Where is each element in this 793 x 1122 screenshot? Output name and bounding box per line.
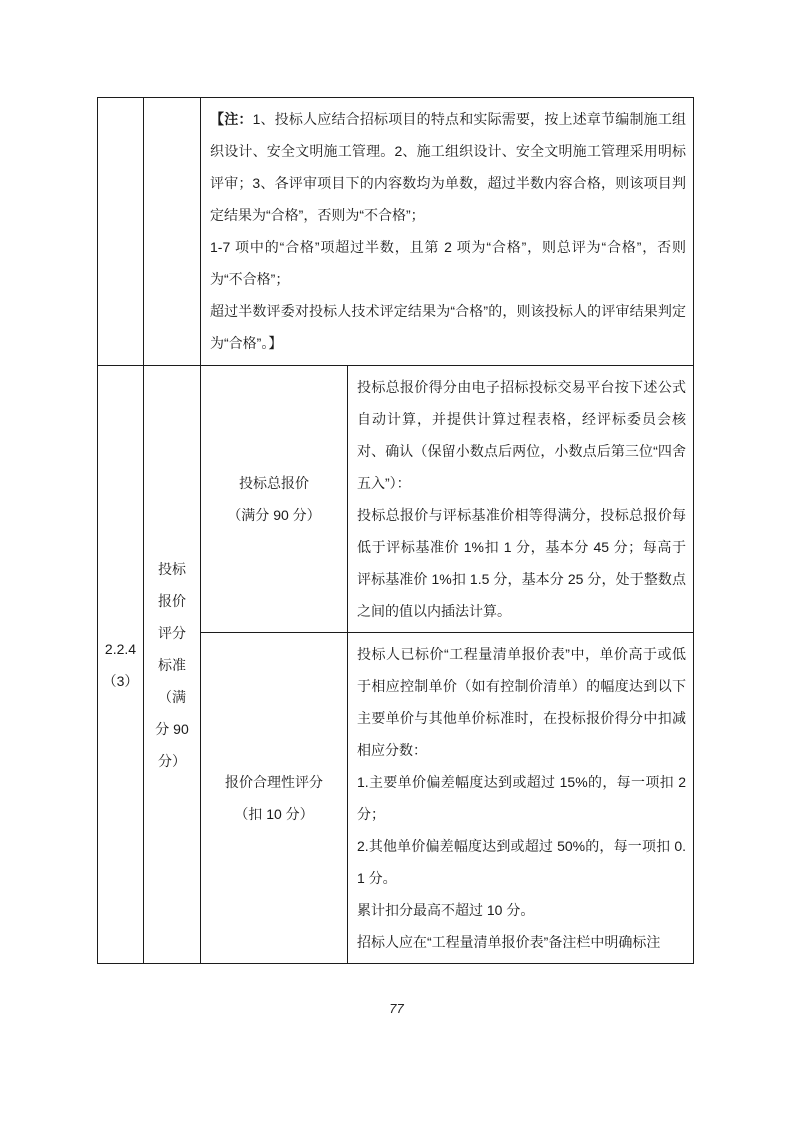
item-cell-total-bid-price: 投标总报价 （满分 90 分） — [201, 366, 348, 633]
document-page: 【注：1、投标人应结合招标项目的特点和实际需要，按上述章节编制施工组织设计、安全… — [0, 0, 793, 1122]
category-line: 标准 — [146, 649, 198, 681]
item-title: 报价合理性评分 — [203, 766, 345, 798]
note-paragraph-3: 超过半数评委对投标人技术评定结果为“合格”的，则该投标人的评审结果判定为“合格”… — [210, 295, 686, 359]
category-line: 评分 — [146, 617, 198, 649]
item-score: （满分 90 分） — [203, 499, 345, 531]
desc-paragraph: 投标总报价与评标基准价相等得满分，投标总报价每低于评标基准价 1%扣 1 分，基… — [357, 499, 686, 627]
category-line: 分） — [146, 745, 198, 777]
category-line: 报价 — [146, 585, 198, 617]
desc-cell-total-bid-price: 投标总报价得分由电子招标投标交易平台按下述公式自动计算，并提供计算过程表格，经评… — [348, 366, 694, 633]
desc-paragraph: 招标人应在“工程量清单报价表”备注栏中明确标注 — [357, 926, 686, 958]
note-text-1: 1、投标人应结合招标项目的特点和实际需要，按上述章节编制施工组织设计、安全文明施… — [210, 111, 686, 223]
note-row: 【注：1、投标人应结合招标项目的特点和实际需要，按上述章节编制施工组织设计、安全… — [98, 98, 694, 366]
page-number: 77 — [0, 1001, 793, 1016]
note-paragraph-2: 1-7 项中的“合格”项超过半数，且第 2 项为“合格”，则总评为“合格”，否则… — [210, 231, 686, 295]
category-line: 分 90 — [146, 713, 198, 745]
note-cell: 【注：1、投标人应结合招标项目的特点和实际需要，按上述章节编制施工组织设计、安全… — [201, 98, 694, 366]
desc-paragraph: 1.主要单价偏差幅度达到或超过 15%的，每一项扣 2 分； — [357, 766, 686, 830]
item-title: 投标总报价 — [203, 467, 345, 499]
empty-cell-1 — [98, 98, 144, 366]
desc-paragraph: 投标人已标价“工程量清单报价表”中，单价高于或低于相应控制单价（如有控制价清单）… — [357, 638, 686, 766]
empty-cell-2 — [144, 98, 201, 366]
desc-cell-price-reasonableness: 投标人已标价“工程量清单报价表”中，单价高于或低于相应控制单价（如有控制价清单）… — [348, 633, 694, 964]
desc-paragraph: 累计扣分最高不超过 10 分。 — [357, 894, 686, 926]
evaluation-criteria-table: 【注：1、投标人应结合招标项目的特点和实际需要，按上述章节编制施工组织设计、安全… — [97, 97, 694, 964]
clause-number-line1: 2.2.4 — [100, 633, 141, 665]
item-score: （扣 10 分） — [203, 798, 345, 830]
note-paragraph-1: 【注：1、投标人应结合招标项目的特点和实际需要，按上述章节编制施工组织设计、安全… — [210, 103, 686, 231]
category-line: （满 — [146, 681, 198, 713]
bid-price-row-1: 2.2.4 （3） 投标 报价 评分 标准 （满 分 90 分） 投标总报价 （… — [98, 366, 694, 633]
category-cell: 投标 报价 评分 标准 （满 分 90 分） — [144, 366, 201, 964]
note-prefix: 【注： — [210, 111, 253, 127]
clause-number-cell: 2.2.4 （3） — [98, 366, 144, 964]
desc-paragraph: 2.其他单价偏差幅度达到或超过 50%的，每一项扣 0.1 分。 — [357, 830, 686, 894]
item-cell-price-reasonableness: 报价合理性评分 （扣 10 分） — [201, 633, 348, 964]
clause-number-line2: （3） — [100, 665, 141, 697]
category-line: 投标 — [146, 553, 198, 585]
desc-paragraph: 投标总报价得分由电子招标投标交易平台按下述公式自动计算，并提供计算过程表格，经评… — [357, 371, 686, 499]
